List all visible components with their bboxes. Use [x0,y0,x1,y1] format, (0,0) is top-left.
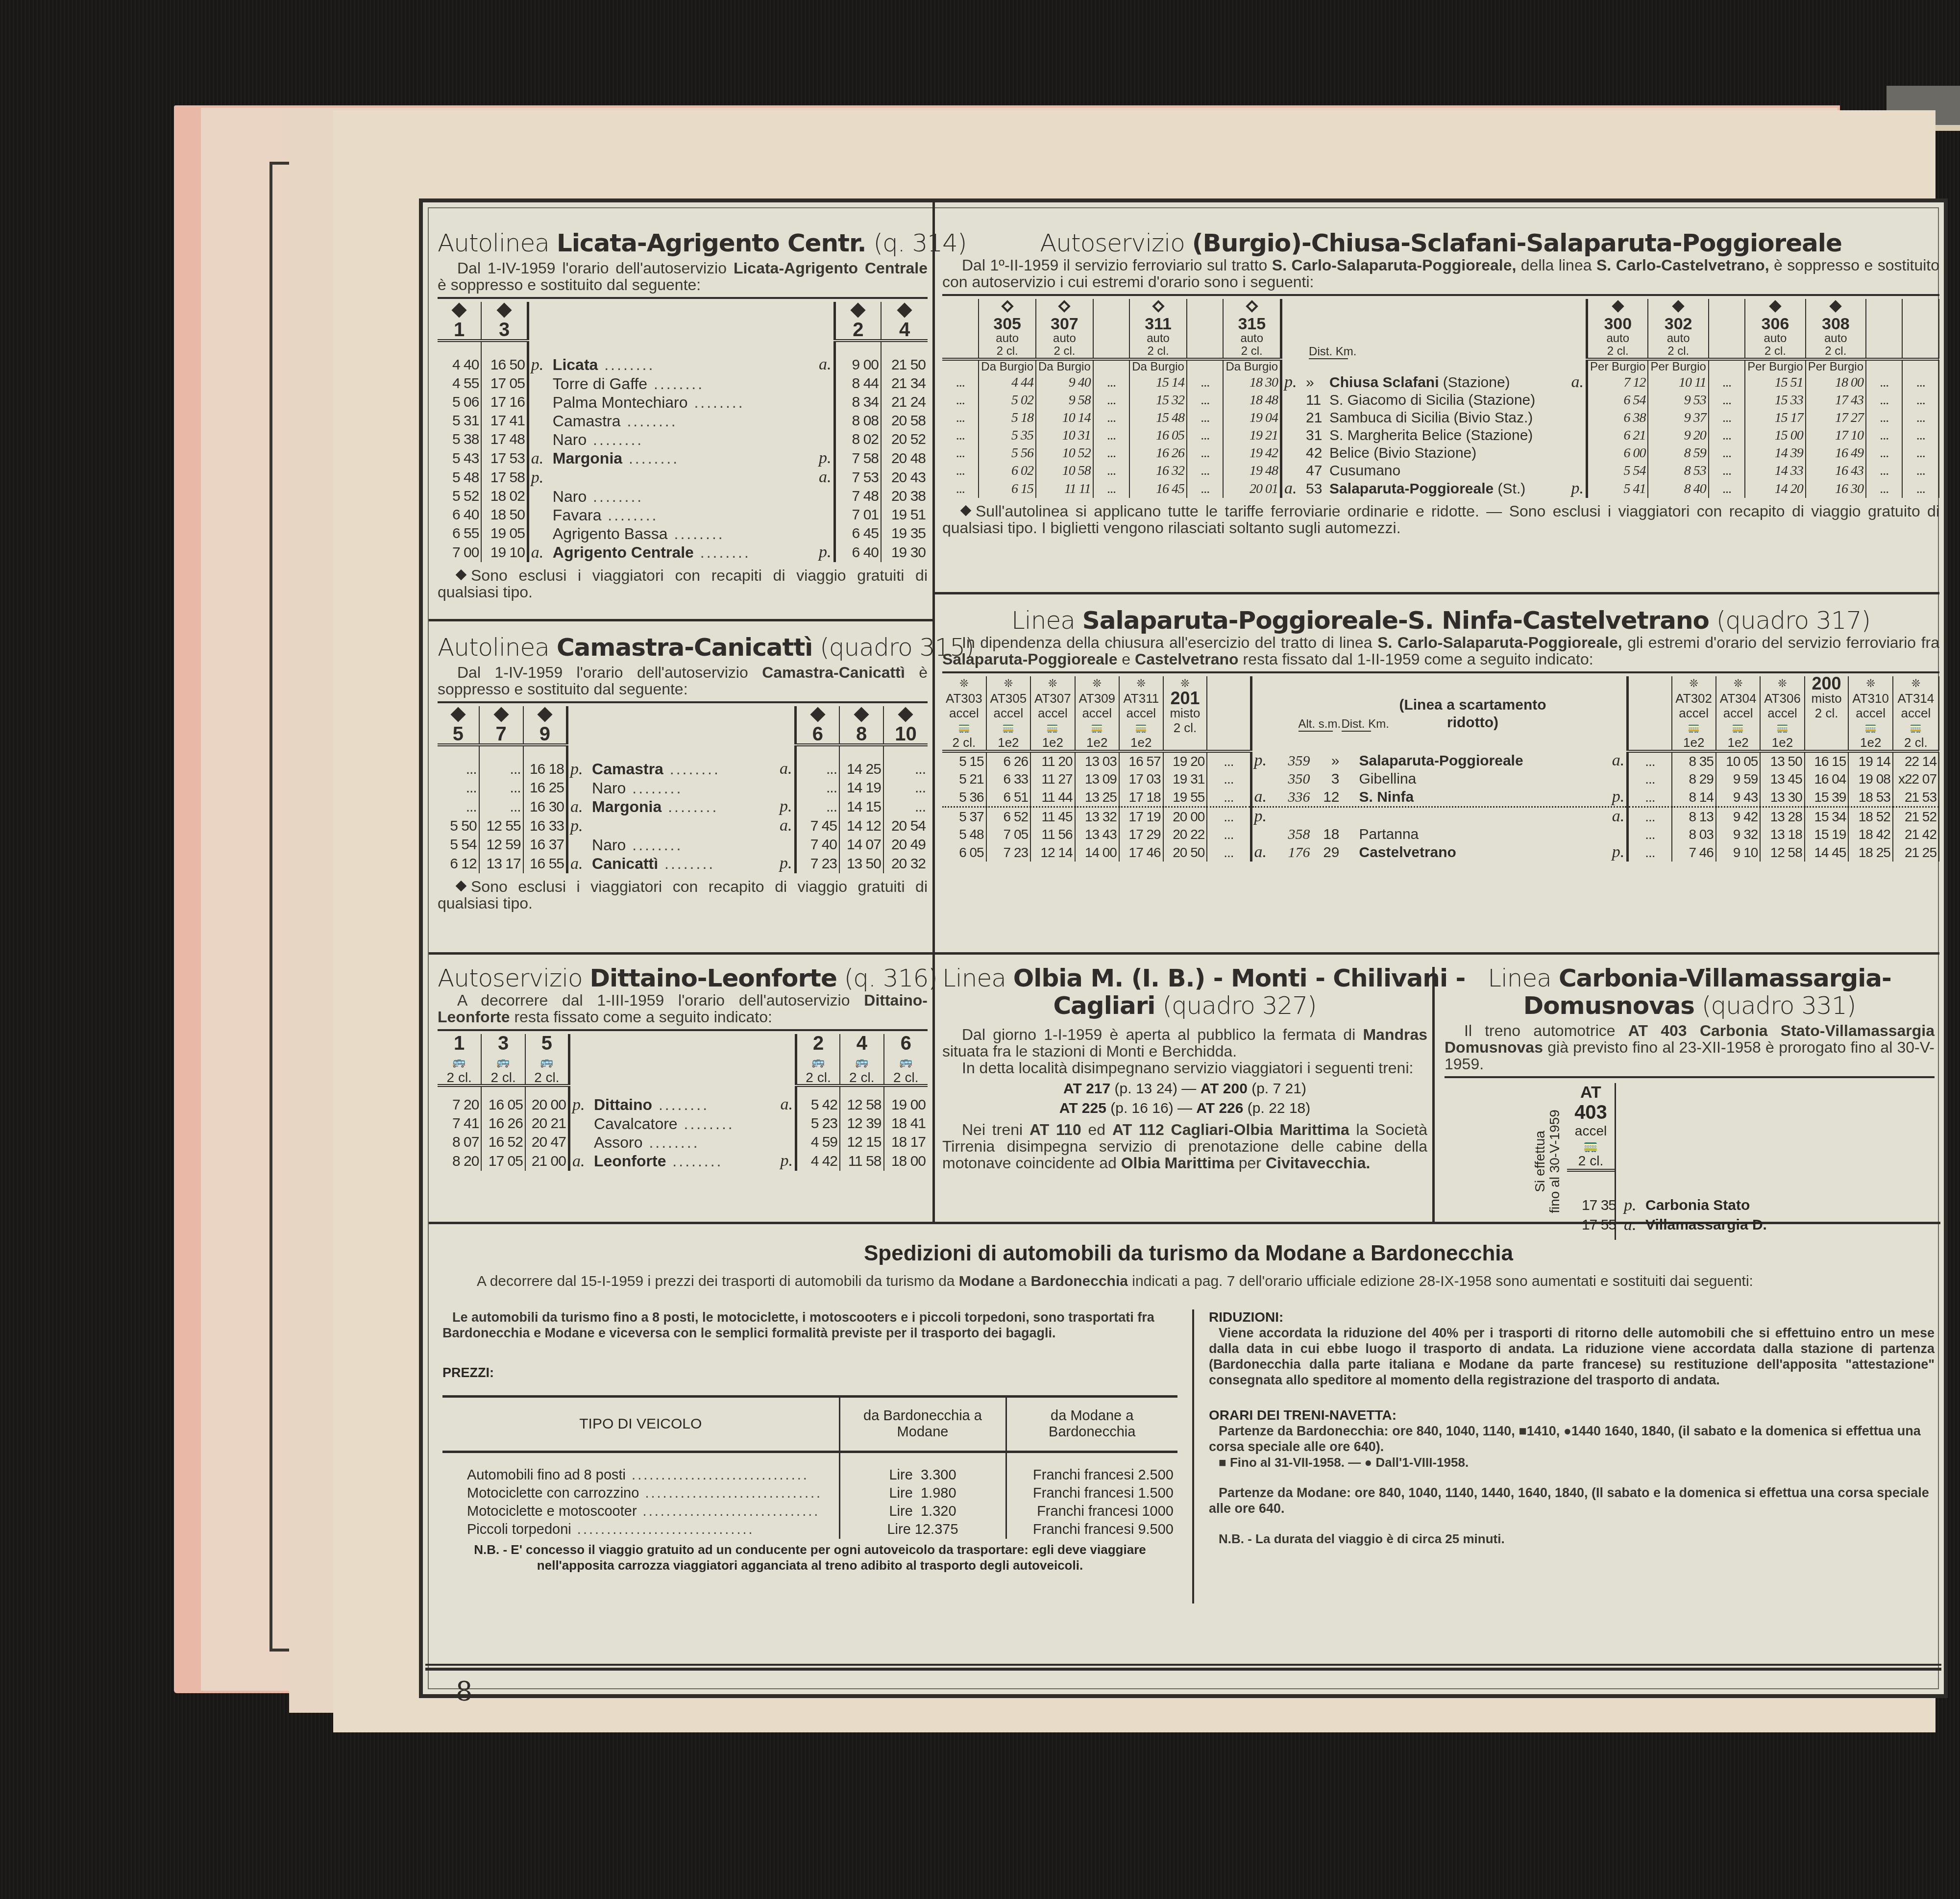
table-row: ...6 0210 58...16 32...19 4847Cusumano 5… [942,462,1939,480]
train-column-header: 6🚌2 cl. [884,1034,928,1085]
time-cell: 20 00 [1163,807,1207,826]
train-number: AT307 [1033,691,1072,706]
time-cell: 18 48 [1223,392,1281,409]
text: per [1239,1154,1261,1172]
price-header-row: TIPO DI VEICOLO da Bardonecchia a Modane… [442,1398,1177,1452]
diamond-icon [456,569,467,581]
time-cell: 17 55 [1567,1215,1616,1235]
timetable-dittaino: 1🚌2 cl. 3🚌2 cl. 5🚌2 cl. 2🚌2 cl. 4🚌2 cl. … [438,1034,928,1171]
spacer [1281,359,1587,373]
altitude: 350 [1276,770,1310,788]
time-cell: 21 50 [881,355,928,374]
station-cell: 47Cusumano [1281,462,1587,480]
column-divider [932,202,935,1222]
time-cell: 10 52 [1036,444,1093,462]
station-name: S. Giacomo di Sicilia [1329,392,1464,408]
title-route: Licata-Agrigento Centr. [557,229,866,257]
time-cell: 17 35 [1567,1196,1616,1215]
time-cell: ... [1187,373,1223,392]
time-cell: 15 14 [1129,373,1187,392]
time-cell: ... [942,462,979,480]
time-cell: ... [479,760,523,779]
diamond-icon [1246,300,1258,312]
direction-marker: a. [1571,373,1584,391]
time-cell: ... [942,392,979,409]
direction-marker: p. [1624,1196,1645,1215]
section-title: Spedizioni di automobili da turismo da M… [438,1239,1939,1268]
time-cell: 19 21 [1223,427,1281,444]
class-label: 2 cl. [440,1071,479,1084]
time-cell: 17 46 [1119,843,1163,862]
station-cell: a.33612S. Ninfap. [1251,788,1628,807]
table-row: 7 0019 10a.Agrigento Centrale ........p.… [438,543,928,562]
time-cell: 4 42 [796,1152,840,1171]
time-cell: 6 26 [986,751,1030,770]
station-cell: 31S. Margherita Belice (Stazione) [1281,427,1587,444]
class-label: 2 cl. [1807,706,1846,720]
origin-label [1093,359,1129,373]
intro-part: e [1122,650,1130,668]
train-column-header [942,299,979,359]
intro-part: resta fissato dal 1-II-1959 come a segui… [1243,650,1593,668]
underpage-frame [269,162,289,1652]
time-cell: 8 03 [1672,826,1716,843]
lire-price: Lire 1.320 [839,1503,1006,1521]
direction-marker: p. [780,854,792,873]
leader-dots: ........ [587,431,643,448]
intro-bold: Camastra-Canicattì [762,664,905,681]
station-cell: a.Agrigento Centrale ........p. [528,543,834,562]
station-name: Naro [592,779,626,797]
diamond-icon [497,302,512,318]
time-cell: 6 21 [1587,427,1648,444]
title-route-2: Cagliari [1053,991,1155,1020]
time-cell: ... [1628,770,1672,788]
diamond-icon [851,302,866,318]
train-number: 8 [842,725,881,743]
origin-label: Da Burgio [1036,359,1093,373]
table-row: 5 5012 5516 33p.a.7 4514 1220 54 [438,816,928,836]
intro-part: In dipendenza della chiusura all'eserciz… [962,634,1372,651]
train-number: 10 [886,725,926,743]
station-name: Carbonia Stato [1645,1196,1750,1215]
type-label: auto [981,332,1033,345]
label: Partenze da Bardonecchia: [1219,1424,1389,1438]
station-suffix: (Bivio Staz.) [1454,410,1533,426]
time-cell: 19 48 [1223,462,1281,480]
footnote: Sull'autolinea si applicano tutte le tar… [942,503,1939,536]
section-spedizioni-automobili: Spedizioni di automobili da turismo da M… [438,1234,1939,1662]
time-cell: 8 44 [834,374,881,393]
destination-label: Per Burgio [1806,359,1866,373]
table-row: 5 487 0511 5613 4317 2920 22...35818Part… [942,826,1939,843]
direction-marker: p. [572,1096,594,1114]
time-cell: 15 39 [1805,788,1849,807]
diamond-icon [537,707,552,722]
time-cell: 16 26 [481,1114,525,1133]
class-label: 1e2 [1078,735,1117,750]
time-cell: 6 33 [986,770,1030,788]
section-olbia-cagliari: Linea Olbia M. (I. B.) - Monti - Chiliva… [942,964,1427,1171]
station-cell: 35818Partanna [1251,826,1628,843]
time-cell: ... [1866,373,1902,392]
station-name: Camastra [592,760,663,778]
train-number: AT306 [1763,691,1802,706]
altitude: 336 [1276,789,1310,806]
station-name: Assoro [594,1134,643,1151]
station-cell: p.Dittaino ........a. [569,1095,796,1114]
destination-label [1902,359,1939,373]
station-cell: Naro ........ [528,487,834,506]
intro-text: Dal 1º-II-1959 il servizio ferroviario s… [942,257,1939,290]
railcar-icon: 🚃 [989,720,1028,735]
time-cell: 11 20 [1030,751,1075,770]
time-cell: ... [942,373,979,392]
time-cell: 5 02 [979,392,1036,409]
time-cell: ... [1207,770,1251,788]
station-name: S. Margherita Belice [1329,427,1462,444]
km-value: 29 [1310,844,1340,862]
station-name: Chiusa Sclafani [1329,374,1439,391]
accel-icon: ❊ [944,676,984,691]
train-type: accel [1122,706,1161,720]
station-cell: 11S. Giacomo di Sicilia (Stazione) [1281,392,1587,409]
time-cell: 5 50 [438,816,479,836]
time-cell: ... [883,797,928,816]
time-cell: 20 43 [881,468,928,487]
time-cell: 20 22 [1163,826,1207,843]
time-cell: 19 04 [1223,409,1281,427]
time-cell: ... [1093,427,1129,444]
diamond-icon [810,707,825,722]
time-cell: 15 17 [1745,409,1805,427]
time-cell: 8 07 [438,1133,481,1152]
station-cell: a.Leonforte ........p. [569,1152,796,1171]
time-cell: 7 40 [795,836,839,854]
time-cell: 19 35 [881,524,928,543]
time-cell: 8 40 [1648,480,1708,498]
time-cell: 20 52 [881,430,928,449]
time-cell: 5 06 [438,393,481,412]
station-name: Salaparuta-Poggioreale [1329,481,1494,497]
time-cell: 9 00 [834,355,881,374]
station-cell: a.Canicattì ........p. [567,854,796,873]
train-id: AT 226 [1196,1100,1243,1116]
train-type: accel [1567,1123,1615,1139]
station-name: Licata [553,356,598,373]
train-column-header [1093,299,1129,359]
time-cell: 8 29 [1672,770,1716,788]
station-name: Naro [553,431,587,448]
direction-marker: a. [531,449,553,468]
train-type: accel [1718,706,1758,720]
station-name: Gibellina [1359,771,1417,787]
paragraph: Le automobili da turismo fino a 8 posti,… [442,1309,1177,1341]
rule [942,671,1939,673]
train-number: AT303 [944,691,984,706]
time-cell: 16 18 [523,760,567,779]
class-label: 1e2 [1763,735,1802,750]
table-row: 5 3817 48Naro ........8 0220 52 [438,430,928,449]
station-suffix: (Stazione) [1443,374,1510,391]
time-cell: 5 56 [979,444,1036,462]
diamond-icon [1672,300,1684,312]
time-cell: 14 20 [1745,480,1805,498]
time-cell: ... [1709,392,1745,409]
leader-dots: ........ [601,506,658,524]
train-column-header: ❊AT306accel🚃1e2 [1760,676,1804,751]
leader-dots: ........ [626,779,683,797]
station-cell: Naro ........ [567,836,796,854]
time-cell: 7 01 [834,506,881,524]
time-cell: 17 03 [1119,770,1163,788]
time-cell: 15 00 [1745,427,1805,444]
time-cell: ... [795,797,839,816]
time-cell: 16 05 [1129,427,1187,444]
page-number: 8 [456,1676,472,1707]
vehicle-name: Motociclette e motoscooter [467,1504,637,1519]
footnote: Sono esclusi i viaggiatori con recapiti … [438,567,928,600]
intro-text: Dal 1-IV-1959 l'orario dell'autoservizio… [438,260,928,293]
lire-price: Lire 1.980 [839,1484,1006,1503]
time-cell: 7 20 [438,1095,481,1114]
title-route: Carbonia-Villamassargia- [1559,964,1891,992]
text-bold: AT 112 Cagliari-Olbia Marittima [1112,1121,1349,1138]
table-row: 5 3117 41Camastra ........8 0820 58 [438,412,928,430]
station-header: Dist. Km. [1281,299,1587,359]
time-cell: 16 45 [1129,480,1187,498]
train-type: accel [1078,706,1117,720]
time-cell: ... [795,760,839,779]
origin-text: Da Burgio [1038,360,1091,373]
origin-label [1187,359,1223,373]
class-label: 1e2 [1718,735,1758,750]
intro-part: resta fissato come a seguito indicato: [514,1008,772,1026]
time-cell: 7 05 [986,826,1030,843]
class-label: 2 cl. [944,735,984,750]
station-header-spacer [567,706,796,745]
station-cell: Agrigento Bassa ........ [528,524,834,543]
bardonecchia-note: ■ Fino al 31-VII-1958. — ● Dall'1-VIII-1… [1209,1455,1935,1470]
train-column-header: ❊AT309accel🚃1e2 [1075,676,1119,751]
diamond-icon [1001,300,1013,312]
title-route-2: Domusnovas [1523,991,1694,1020]
carbonia-timetable: Si effettua fino al 30-V-1959 AT 403 acc… [1445,1078,1935,1240]
time-cell: ... [1866,392,1902,409]
table-row: ...6 1511 11...16 45...20 01a.53Salaparu… [942,480,1939,498]
time-cell: 21 25 [1893,843,1939,862]
table-row: 6 1213 1716 55a.Canicattì ........p.7 23… [438,854,928,873]
time-cell: 17 05 [481,1152,525,1171]
franc-price: Franchi francesi 1.500 [1006,1484,1177,1503]
title-prefix: Autolinea [438,229,549,257]
table-row: ...4 449 40...15 14...18 30p.»Chiusa Scl… [942,373,1939,392]
train-column-header: 2🚌2 cl. [796,1034,840,1085]
orari-label: ORARI DEI TRENI-NAVETTA: [1209,1407,1935,1423]
time-cell: 14 45 [1805,843,1849,862]
time-cell: 5 41 [1587,480,1648,498]
table-row: 5 4817 58p.a.7 5320 43 [438,468,928,487]
station-cell: Naro ........ [528,430,834,449]
station-name: S. Ninfa [1359,789,1414,805]
train-number: 201 [1166,691,1205,706]
paragraph: Nei treni AT 110 ed AT 112 Cagliari-Olbi… [942,1121,1427,1171]
train-column-header: ❊AT304accel🚃1e2 [1716,676,1760,751]
km-value: 31 [1306,427,1329,444]
vehicle-name: Automobili fino ad 8 posti [467,1467,626,1483]
time-cell: 6 51 [986,788,1030,807]
train-column-header: ❊AT311accel🚃1e2 [1119,676,1163,751]
time-cell: 11 11 [1036,480,1093,498]
title-prefix: Autoservizio [1040,229,1185,257]
time-cell: 16 52 [481,1133,525,1152]
time-cell: 6 38 [1587,409,1648,427]
time-cell: 6 55 [438,524,481,543]
timetable-frame: Autolinea Licata-Agrigento Centr. (q. 31… [419,198,1948,1698]
title-quadro: (q. 316) [844,964,937,992]
accel-icon: ❊ [989,676,1028,691]
time-cell: 13 17 [479,854,523,873]
bus-icon: 🚌 [886,1053,926,1071]
station-cell: p.Licata ........a. [528,355,834,374]
train-type: accel [1763,706,1802,720]
train-number: 3 [484,321,524,339]
leader-dots: ........ [668,525,725,543]
time-cell: ... [1187,427,1223,444]
time-cell: 7 48 [834,487,881,506]
direction-marker: p. [570,817,592,836]
destination-label: Per Burgio [1745,359,1805,373]
table-row: 4 4016 50p.Licata ........a.9 0021 50 [438,355,928,374]
bottom-rule [425,1664,1941,1671]
table-row: 5 156 2611 2013 0316 5719 20...p.359»Sal… [942,751,1939,770]
station-suffix: (Stazione) [1466,427,1533,444]
time-cell: ... [1902,462,1939,480]
price-row: Automobili fino ad 8 posti .............… [442,1466,1177,1484]
dist-header: Dist. Km. [1309,345,1348,359]
vehicle-cell: Motociclette e motoscooter .............… [442,1503,839,1521]
time-cell: 16 30 [523,797,567,816]
altitude: 176 [1276,844,1310,862]
section-dittaino-leonforte: Autoservizio Dittaino-Leonforte (q. 316)… [438,964,928,1171]
time-cell: 6 00 [1587,444,1648,462]
time-cell: 17 05 [481,374,528,393]
time-cell: 5 37 [942,807,986,826]
station-cell: p.a. [567,816,796,836]
time-cell: 10 11 [1648,373,1708,392]
class-label: 1e2 [989,735,1028,750]
leader-dots: ........ [643,1134,700,1151]
footnote: Sono esclusi i viaggiatori con recapito … [438,878,928,912]
time-cell: 8 02 [834,430,881,449]
station-name: Palma Montechiaro [553,394,688,411]
train-column-header: 4🚌2 cl. [840,1034,883,1085]
time-cell: ... [942,480,979,498]
km-value: 42 [1306,444,1329,462]
time-cell: 20 50 [1163,843,1207,862]
time-cell: 13 32 [1075,807,1119,826]
ninfa-header: ❊AT303accel🚃2 cl.❊AT305accel🚃1e2❊AT307ac… [942,676,1939,751]
time-cell: 9 20 [1648,427,1708,444]
time-cell: 20 58 [881,412,928,430]
station-name: Castelvetrano [1359,844,1456,861]
footnote-text: Sono esclusi i viaggiatori con recapiti … [438,567,928,601]
time-cell: 21 53 [1893,788,1939,807]
time-cell: ... [1709,462,1745,480]
title-prefix: Linea [1488,964,1551,992]
train-column-header: 9 [523,706,567,745]
time-cell: 19 05 [481,524,528,543]
time-cell: ... [438,760,479,779]
station-name: Belice [1329,445,1370,461]
time-cell: 16 55 [523,854,567,873]
time-cell: 8 20 [438,1152,481,1171]
ninfa-rows: 5 156 2611 2013 0316 5719 20...p.359»Sal… [942,751,1939,862]
intro-text: A decorrere dal 1-III-1959 l'orario dell… [438,992,928,1025]
intro-text: A decorrere dal 15-I-1959 i prezzi dei t… [438,1273,1939,1290]
station-name: Margonia [553,449,622,467]
time-cell: 16 26 [1129,444,1187,462]
time-cell: 9 59 [1716,770,1760,788]
time-cell: 14 33 [1745,462,1805,480]
class-label: 1e2 [1851,735,1890,750]
time-cell: 6 40 [834,543,881,562]
time-cell: ... [1628,751,1672,770]
diamond-icon [960,505,972,517]
leader-dots: ........ [652,1096,709,1113]
train-number: AT302 [1674,691,1714,706]
time-cell: 10 14 [1036,409,1093,427]
class-label: 2 cl. [1650,345,1706,358]
time-cell: 13 03 [1075,751,1119,770]
time-cell: 5 36 [942,788,986,807]
time-cell: 8 59 [1648,444,1708,462]
intro-part: della linea [1521,256,1592,274]
train-type: accel [944,706,984,720]
time-cell: 19 55 [1163,788,1207,807]
time-cell: 7 23 [795,854,839,873]
time-cell: 18 52 [1848,807,1892,826]
time-cell: 18 42 [1848,826,1892,843]
table-row: 5 216 3311 2713 0917 0319 31...3503Gibel… [942,770,1939,788]
train-prefix: AT [1567,1083,1615,1102]
time-cell: 7 53 [834,468,881,487]
leader-dots: ........ [598,356,655,373]
column-header-row: 1🚌2 cl. 3🚌2 cl. 5🚌2 cl. 2🚌2 cl. 4🚌2 cl. … [438,1034,928,1085]
time-cell: 6 54 [1587,392,1648,409]
time-cell: 10 05 [1716,751,1760,770]
time-cell: 9 37 [1648,409,1708,427]
station-cell: Favara ........ [528,506,834,524]
time-cell: 19 10 [481,543,528,562]
station-header-spacer [569,1034,796,1085]
timetable-licata: 1 3 2 4 4 4016 50p.Licata ........a.9 00… [438,302,928,562]
time-cell: 19 08 [1848,770,1892,788]
time-cell: ... [479,779,523,797]
time-cell: x22 07 [1893,770,1939,788]
price-row: Piccoli torpedoni ......................… [442,1521,1177,1539]
train-column-header: ❊AT303accel🚃2 cl. [942,676,986,751]
time-cell: 18 00 [1806,373,1866,392]
time-cell: 5 54 [1587,462,1648,480]
time-cell: 13 25 [1075,788,1119,807]
text: indicati a pag. 7 dell'orario ufficiale … [1132,1273,1753,1289]
title-quadro: (quadro 317) [1716,606,1870,635]
leader-dots: ........ [626,836,683,854]
time-cell: 13 30 [1760,788,1804,807]
station-cell: Palma Montechiaro ........ [528,393,834,412]
direction-marker: p. [1571,480,1584,497]
